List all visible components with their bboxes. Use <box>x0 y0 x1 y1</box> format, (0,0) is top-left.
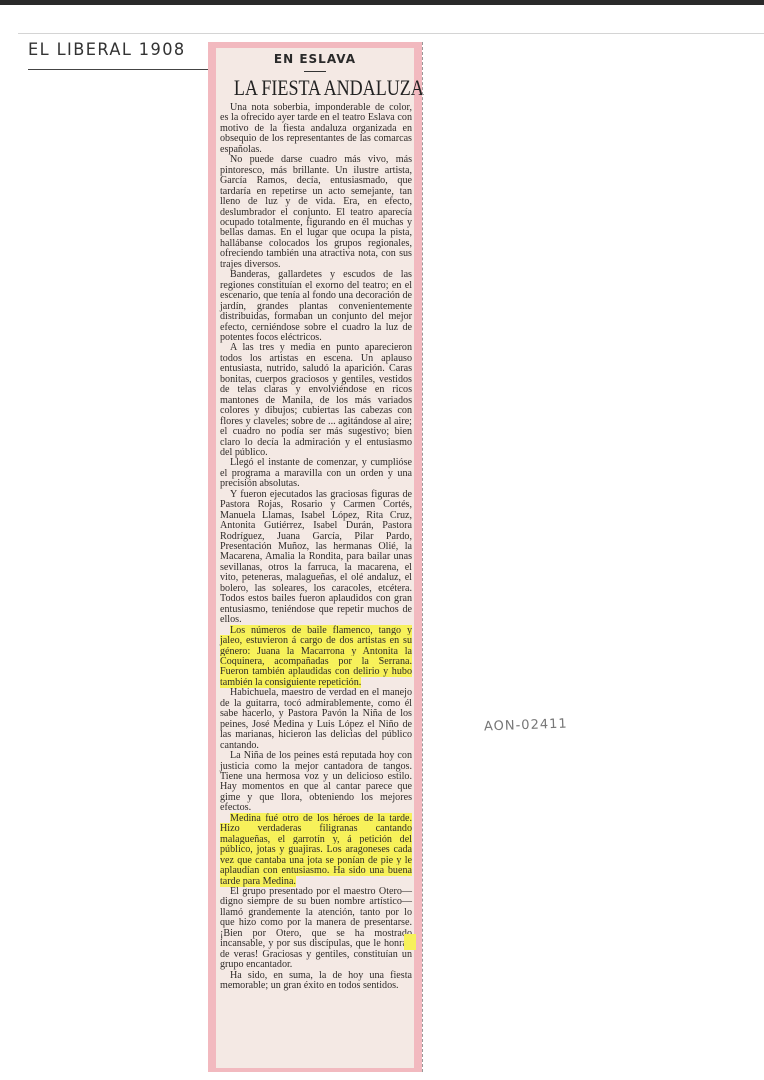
article-body: Una nota soberbia, imponderable de color… <box>216 103 414 992</box>
article-paragraph: La Niña de los peines está reputada hoy … <box>220 751 412 814</box>
article-paragraph: No puede darse cuadro más vivo, más pint… <box>220 155 412 270</box>
article-paragraph: A las tres y media en punto aparecieron … <box>220 343 412 458</box>
highlighted-text: Los números de baile flamenco, tango y j… <box>220 625 412 688</box>
handwritten-source-label: EL LIBERAL 1908 <box>28 40 186 60</box>
article-paragraph: Los números de baile flamenco, tango y j… <box>220 626 412 689</box>
article-paragraph: Llegó el instante de comenzar, y cumplió… <box>220 458 412 489</box>
highlighter-mark <box>404 934 416 950</box>
article-title: LA FIESTA ANDALUZA <box>234 75 396 101</box>
article-paragraph: Y fueron ejecutados las graciosas figura… <box>220 490 412 626</box>
clipping-cut-edge <box>422 42 424 1072</box>
article-paragraph: Medina fué otro de los héroes de la tard… <box>220 814 412 887</box>
label-underline <box>28 69 208 70</box>
article-paragraph: Banderas, gallardetes y escudos de las r… <box>220 270 412 343</box>
newspaper-clipping: EN ESLAVA LA FIESTA ANDALUZA Una nota so… <box>208 42 422 1072</box>
headline-rule <box>304 71 326 72</box>
sheet-edge-line <box>18 33 764 34</box>
highlighted-text: Medina fué otro de los héroes de la tard… <box>220 813 412 887</box>
article-paragraph: El grupo presentado por el maestro Otero… <box>220 887 412 971</box>
scan-top-border <box>0 0 764 5</box>
article-paragraph: Una nota soberbia, imponderable de color… <box>220 103 412 155</box>
article-paragraph: Ha sido, en suma, la de hoy una fiesta m… <box>220 971 412 992</box>
handwritten-archive-code: AON-02411 <box>484 717 568 735</box>
clipping-paper: EN ESLAVA LA FIESTA ANDALUZA Una nota so… <box>216 48 414 1068</box>
article-paragraph: Habichuela, maestro de verdad en el mane… <box>220 688 412 751</box>
article-kicker: EN ESLAVA <box>216 52 414 66</box>
